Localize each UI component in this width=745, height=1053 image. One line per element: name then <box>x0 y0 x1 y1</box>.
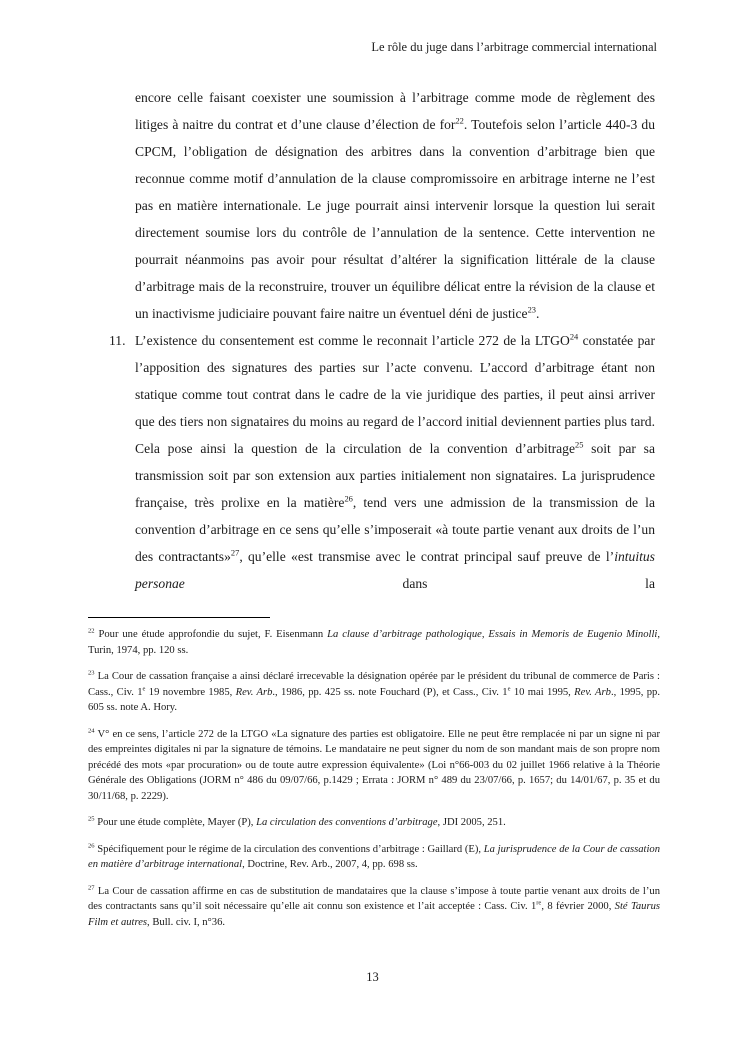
footnote-separator <box>88 617 270 618</box>
body-paragraph: 11. L’existence du consentement est comm… <box>135 327 655 597</box>
footnote-25: 25 Pour une étude complète, Mayer (P), L… <box>88 815 660 831</box>
page-number: 13 <box>0 970 745 985</box>
footnote-23: 23 La Cour de cassation française a ains… <box>88 669 660 716</box>
body-text: encore celle faisant coexister une soumi… <box>135 84 655 597</box>
paragraph-number: 11. <box>109 327 126 354</box>
footnote-27: 27 La Cour de cassation affirme en cas d… <box>88 884 660 931</box>
paragraph-text: L’existence du consentement est comme le… <box>135 333 655 591</box>
document-page: Le rôle du juge dans l’arbitrage commerc… <box>0 0 745 1053</box>
footnote-24: 24 V° en ce sens, l’article 272 de la LT… <box>88 727 660 805</box>
paragraph-text: encore celle faisant coexister une soumi… <box>135 90 655 321</box>
footnote-26: 26 Spécifiquement pour le régime de la c… <box>88 842 660 873</box>
body-paragraph: encore celle faisant coexister une soumi… <box>135 84 655 327</box>
running-header: Le rôle du juge dans l’arbitrage commerc… <box>0 0 657 55</box>
footnotes-section: 22 Pour une étude approfondie du sujet, … <box>88 617 660 930</box>
footnote-22: 22 Pour une étude approfondie du sujet, … <box>88 627 660 658</box>
header-title: Le rôle du juge dans l’arbitrage commerc… <box>371 40 657 54</box>
